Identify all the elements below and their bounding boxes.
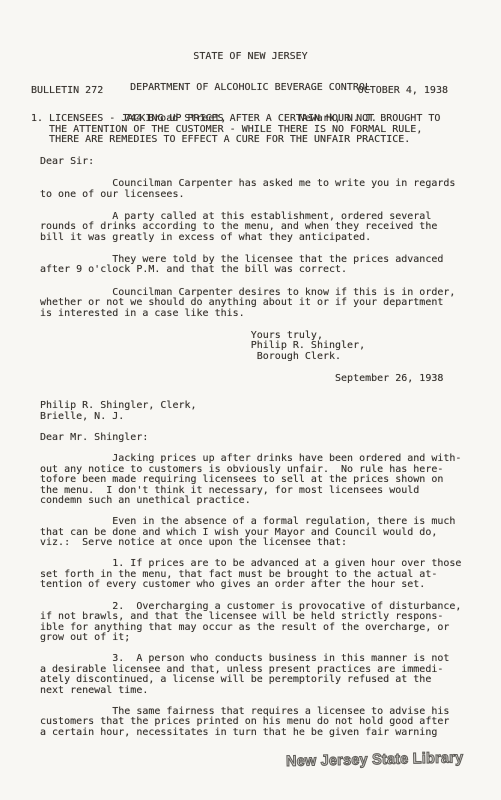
signature-block: Yours truly, Philip R. Shingler, Borough… xyxy=(40,331,501,363)
bulletin-number: BULLETIN 272 xyxy=(31,86,103,96)
letterhead-state: STATE OF NEW JERSEY xyxy=(0,52,501,62)
document-page: STATE OF NEW JERSEY DEPARTMENT OF ALCOHO… xyxy=(0,0,501,800)
paragraph-6: Even in the absence of a formal regulati… xyxy=(40,517,501,549)
paragraph-1: Councilman Carpenter has asked me to wri… xyxy=(40,179,501,200)
salutation-second: Dear Mr. Shingler: xyxy=(40,433,501,444)
numbered-item-1: 1. If prices are to be advanced at a giv… xyxy=(40,559,501,591)
letter-body: 1. LICENSEES - JACKING UP PRICES AFTER A… xyxy=(40,114,501,739)
paragraph-2: A party called at this establishment, or… xyxy=(40,212,501,244)
paragraph-3: They were told by the licensee that the … xyxy=(40,255,501,276)
paragraph-7: The same fairness that requires a licens… xyxy=(40,707,501,739)
numbered-item-2: 2. Overcharging a customer is provocativ… xyxy=(40,602,501,644)
paragraph-5: Jacking prices up after drinks have been… xyxy=(40,454,501,507)
bulletin-row: BULLETIN 272 OCTOBER 4, 1938 xyxy=(31,86,448,96)
numbered-item-3: 3. A person who conducts business in thi… xyxy=(40,654,501,696)
salutation-first: Dear Sir: xyxy=(40,157,501,168)
reply-date: September 26, 1938 xyxy=(40,374,501,385)
paragraph-4: Councilman Carpenter desires to know if … xyxy=(40,288,501,320)
subject-heading: 1. LICENSEES - JACKING UP PRICES AFTER A… xyxy=(31,114,501,146)
library-stamp: New Jersey State Library xyxy=(286,750,464,770)
bulletin-date: OCTOBER 4, 1938 xyxy=(358,86,448,96)
inside-address: Philip R. Shingler, Clerk, Brielle, N. J… xyxy=(40,401,501,422)
